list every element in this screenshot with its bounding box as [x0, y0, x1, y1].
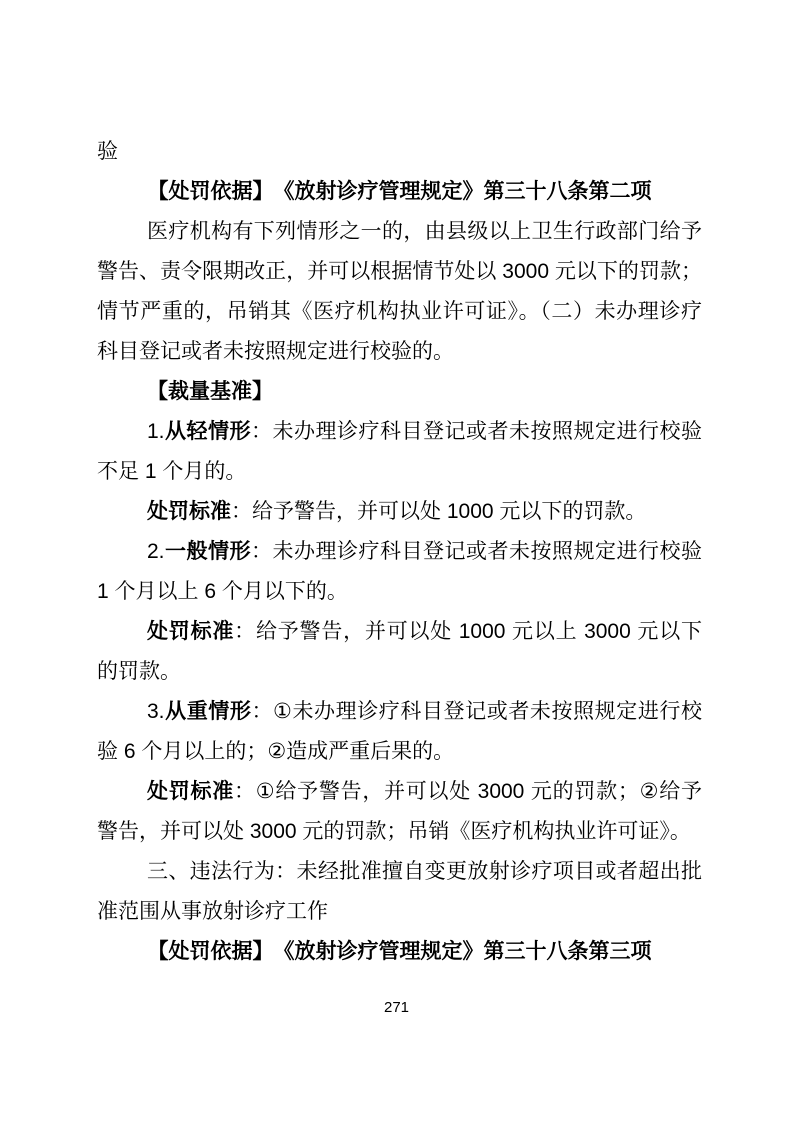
- text-run: 【处罚依据】 《放射诊疗管理规定》第三十八条第三项: [148, 940, 652, 963]
- text-run: 三、违法行为：未经批准擅自变更放射诊疗项目或者超出批准范围从事放射诊疗工作: [97, 860, 702, 923]
- text-run: 验: [97, 140, 118, 163]
- violation-3-item: 三、违法行为：未经批准擅自变更放射诊疗项目或者超出批准范围从事放射诊疗工作: [97, 852, 702, 932]
- text-run: 【处罚依据】 《放射诊疗管理规定》第三十八条第二项: [148, 180, 652, 203]
- severe-case-item: 3.从重情形：①未办理诊疗科目登记或者未按照规定进行校验 6 个月以上的；②造成…: [97, 692, 702, 772]
- discretion-benchmark-heading: 【裁量基准】: [97, 372, 702, 412]
- document-page: 验 【处罚依据】 《放射诊疗管理规定》第三十八条第二项 医疗机构有下列情形之一的…: [0, 0, 793, 1122]
- severe-case-label: 从重情形: [165, 700, 252, 723]
- violation-2-penalty-clause: 医疗机构有下列情形之一的，由县级以上卫生行政部门给予警告、责令限期改正，并可以根…: [97, 212, 702, 372]
- penalty-standard-label: 处罚标准: [147, 500, 231, 523]
- paragraph-continuation-line: 验: [97, 132, 702, 172]
- item-number: 3.: [147, 700, 165, 723]
- penalty-standard-label: 处罚标准: [147, 620, 234, 643]
- document-body: 验 【处罚依据】 《放射诊疗管理规定》第三十八条第二项 医疗机构有下列情形之一的…: [97, 132, 702, 972]
- penalty-basis-heading-2: 【处罚依据】 《放射诊疗管理规定》第三十八条第三项: [97, 932, 702, 972]
- text-run: 医疗机构有下列情形之一的，由县级以上卫生行政部门给予警告、责令限期改正，并可以根…: [97, 220, 702, 363]
- text-run: 【裁量基准】: [147, 380, 273, 403]
- lenient-case-label: 从轻情形: [165, 420, 252, 443]
- general-case-label: 一般情形: [165, 540, 252, 563]
- penalty-standard-severe: 处罚标准：①给予警告，并可以处 3000 元的罚款；②给予警告，并可以处 300…: [97, 772, 702, 852]
- general-case-item: 2.一般情形：未办理诊疗科目登记或者未按照规定进行校验 1 个月以上 6 个月以…: [97, 532, 702, 612]
- text-run: ：给予警告，并可以处 1000 元以下的罚款。: [231, 500, 646, 523]
- page-number: 271: [0, 997, 793, 1019]
- penalty-basis-heading-1: 【处罚依据】 《放射诊疗管理规定》第三十八条第二项: [97, 172, 702, 212]
- item-number: 2.: [147, 540, 165, 563]
- item-number: 1.: [147, 420, 165, 443]
- lenient-case-item: 1.从轻情形：未办理诊疗科目登记或者未按照规定进行校验不足 1 个月的。: [97, 412, 702, 492]
- penalty-standard-label: 处罚标准: [147, 780, 234, 803]
- penalty-standard-lenient: 处罚标准：给予警告，并可以处 1000 元以下的罚款。: [97, 492, 702, 532]
- penalty-standard-general: 处罚标准：给予警告，并可以处 1000 元以上 3000 元以下的罚款。: [97, 612, 702, 692]
